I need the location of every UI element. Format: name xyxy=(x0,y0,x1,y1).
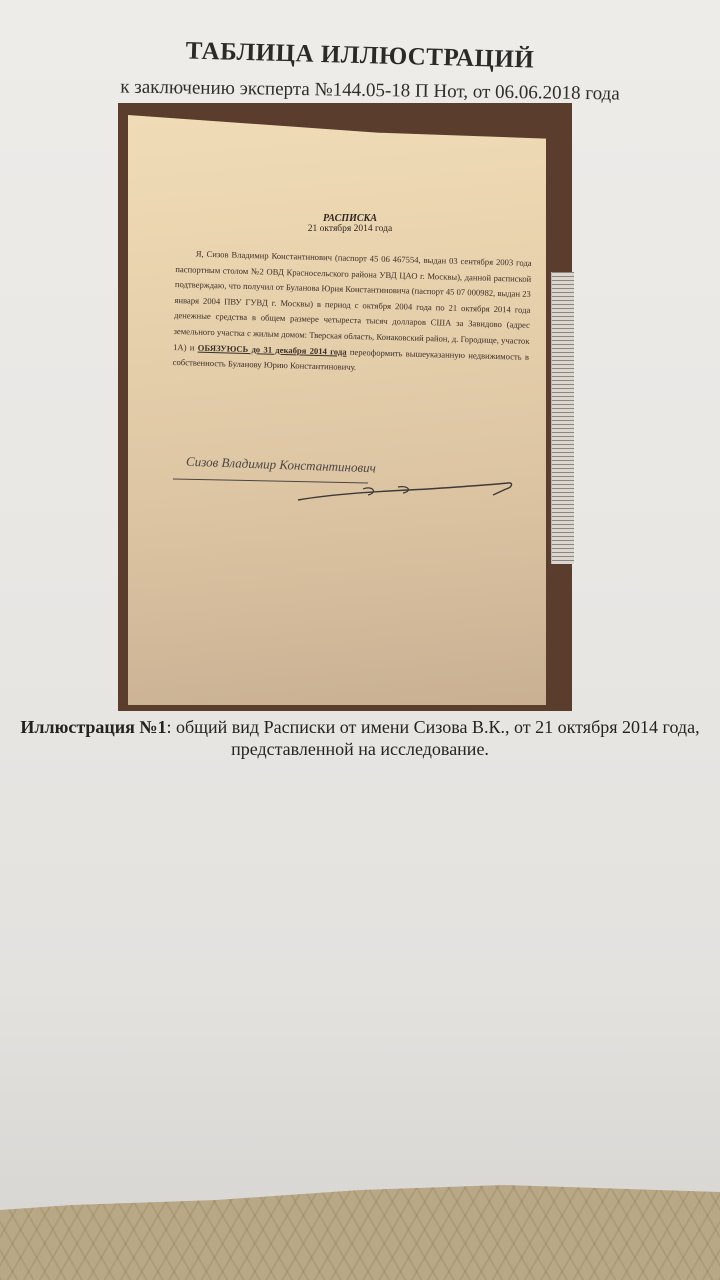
illustration-caption: Иллюстрация №1: общий вид Расписки от им… xyxy=(10,716,710,760)
measuring-ruler xyxy=(551,272,574,564)
receipt-body-text: Я, Сизов Владимир Константинович (паспор… xyxy=(173,249,532,353)
receipt-document xyxy=(128,115,546,705)
receipt-obligation: ОБЯЗУЮСЬ до 31 декабря 2014 года xyxy=(198,342,347,356)
caption-text: : общий вид Расписки от имени Сизова В.К… xyxy=(167,717,700,759)
receipt-body: Я, Сизов Владимир Константинович (паспор… xyxy=(173,246,532,381)
receipt-date: 21 октября 2014 года xyxy=(250,224,450,234)
caption-label: Иллюстрация №1 xyxy=(20,717,166,737)
receipt-heading: РАСПИСКА xyxy=(250,213,450,224)
handwritten-signature: Сизов Владимир Константинович xyxy=(168,455,518,505)
